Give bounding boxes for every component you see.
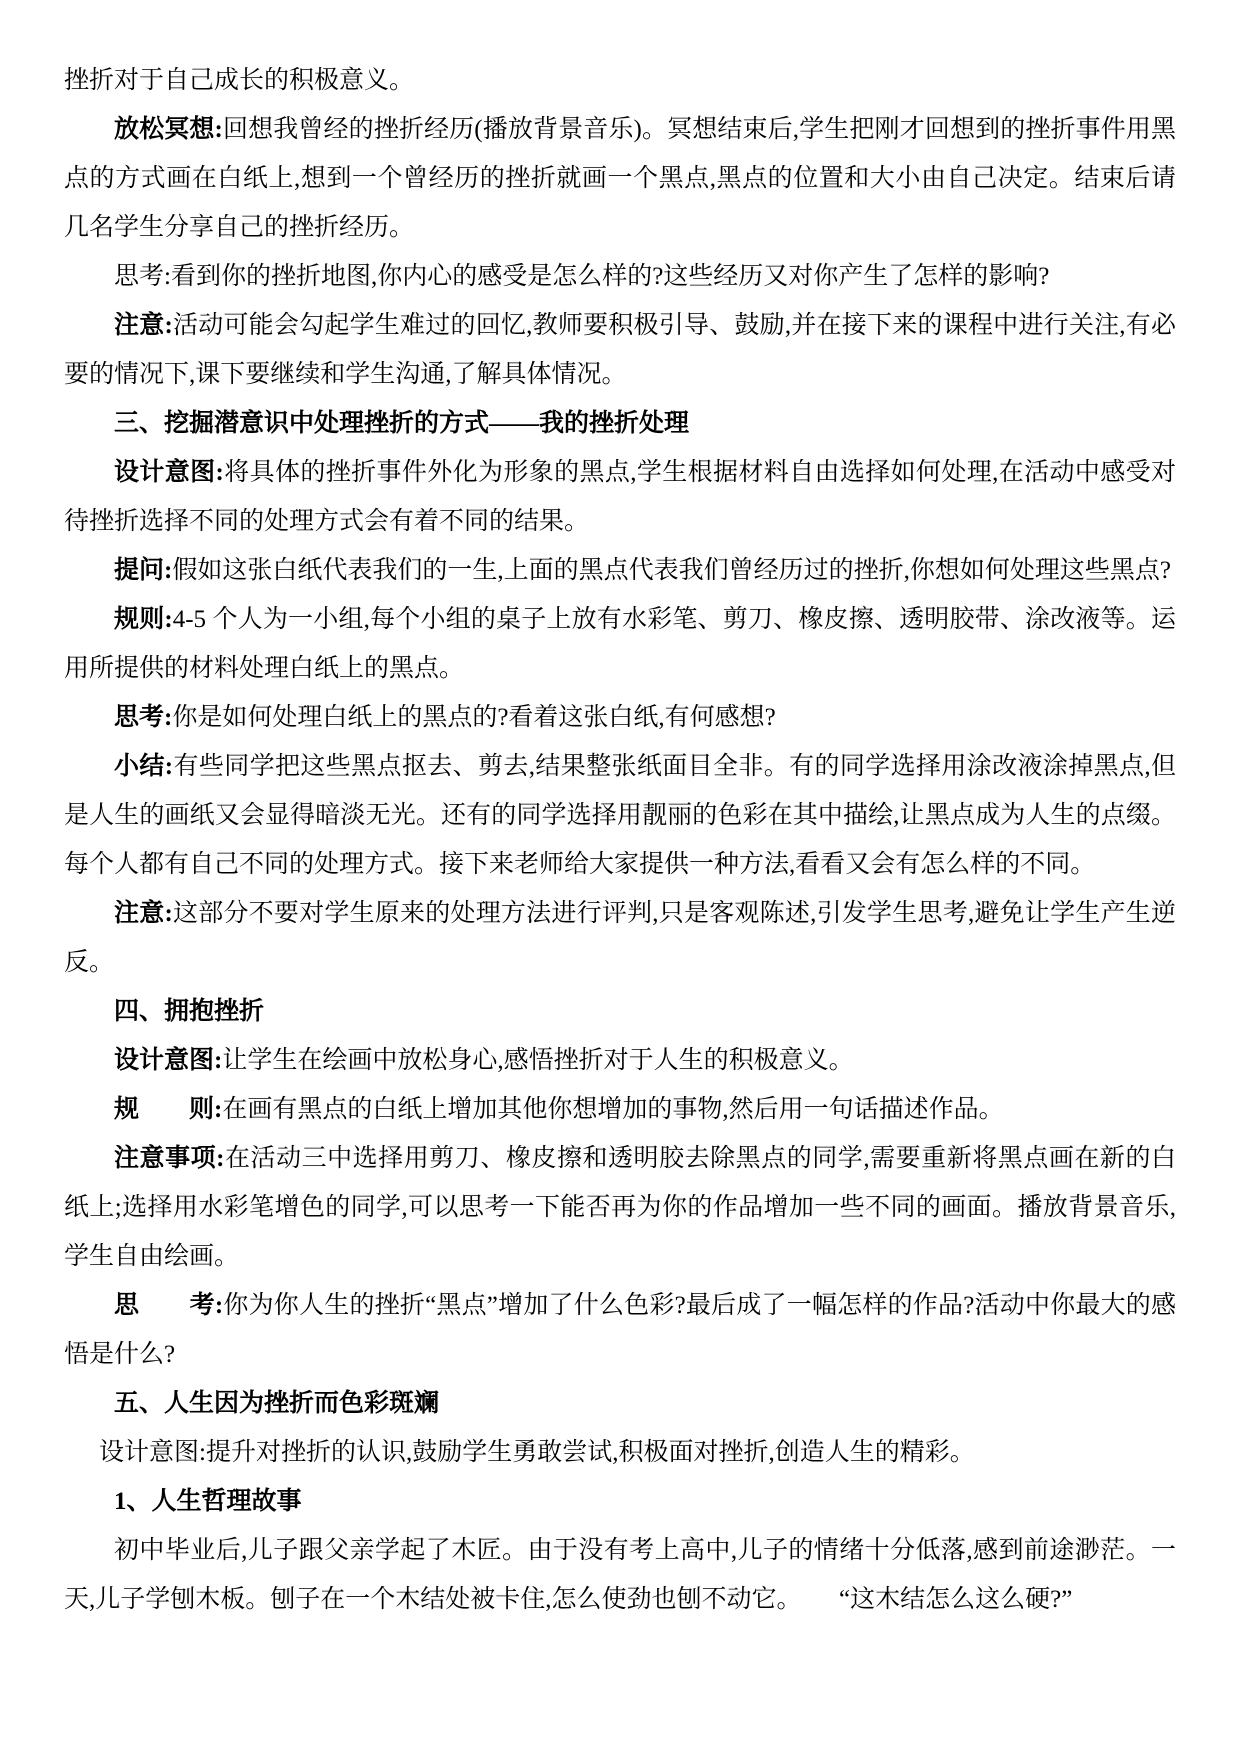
paragraph: 规则:4-5 个人为一小组,每个小组的桌子上放有水彩笔、剪刀、橡皮擦、透明胶带、… [64,595,1176,693]
paragraph-label: 设计意图: [114,459,224,486]
paragraph-text: 初中毕业后,儿子跟父亲学起了木匠。由于没有考上高中,儿子的情绪十分低落,感到前途… [64,1537,1176,1613]
section-heading: 四、拥抱挫折 [64,987,1176,1036]
section-heading: 三、挖掘潜意识中处理挫折的方式——我的挫折处理 [64,399,1176,448]
paragraph-label: 规 则: [114,1096,222,1123]
sub-heading-text: 1、人生哲理故事 [114,1488,302,1515]
section-heading-text: 三、挖掘潜意识中处理挫折的方式——我的挫折处理 [114,410,689,437]
paragraph: 注意:这部分不要对学生原来的处理方法进行评判,只是客观陈述,引发学生思考,避免让… [64,889,1176,987]
paragraph: 注意事项:在活动三中选择用剪刀、橡皮擦和透明胶去除黑点的同学,需要重新将黑点画在… [64,1134,1176,1281]
paragraph-label: 小结: [114,753,173,780]
paragraph: 设计意图:将具体的挫折事件外化为形象的黑点,学生根据材料自由选择如何处理,在活动… [64,448,1176,546]
paragraph-text: 假如这张白纸代表我们的一生,上面的黑点代表我们曾经历过的挫折,你想如何处理这些黑… [172,557,1171,584]
continuation-paragraph: 挫折对于自己成长的积极意义。 [64,56,1176,105]
paragraph: 小结:有些同学把这些黑点抠去、剪去,结果整张纸面目全非。有的同学选择用涂改液涂掉… [64,742,1176,889]
continuation-paragraph-text: 挫折对于自己成长的积极意义。 [64,67,414,94]
document-page: 挫折对于自己成长的积极意义。放松冥想:回想我曾经的挫折经历(播放背景音乐)。冥想… [0,0,1240,1753]
paragraph: 思考:你是如何处理白纸上的黑点的?看着这张白纸,有何感想? [64,693,1176,742]
paragraph-label: 放松冥想: [114,116,223,143]
paragraph-text: 思考:看到你的挫折地图,你内心的感受是怎么样的?这些经历又对你产生了怎样的影响? [114,263,1049,290]
paragraph-label: 注意: [114,900,173,927]
paragraph-text: 设计意图:提升对挫折的认识,鼓励学生勇敢尝试,积极面对挫折,创造人生的精彩。 [99,1439,975,1466]
section-heading: 五、人生因为挫折而色彩斑斓 [64,1379,1176,1428]
paragraph: 放松冥想:回想我曾经的挫折经历(播放背景音乐)。冥想结束后,学生把刚才回想到的挫… [64,105,1176,252]
section-heading-text: 五、人生因为挫折而色彩斑斓 [114,1390,439,1417]
paragraph-text: 4-5 个人为一小组,每个小组的桌子上放有水彩笔、剪刀、橡皮擦、透明胶带、涂改液… [64,606,1176,682]
paragraph-label: 设计意图: [114,1047,222,1074]
paragraph-text: 你是如何处理白纸上的黑点的?看着这张白纸,有何感想? [172,704,775,731]
paragraph: 注意:活动可能会勾起学生难过的回忆,教师要积极引导、鼓励,并在接下来的课程中进行… [64,301,1176,399]
paragraph: 初中毕业后,儿子跟父亲学起了木匠。由于没有考上高中,儿子的情绪十分低落,感到前途… [64,1526,1176,1624]
paragraph-label: 思考: [114,704,172,731]
paragraph-text: 活动可能会勾起学生难过的回忆,教师要积极引导、鼓励,并在接下来的课程中进行关注,… [64,312,1176,388]
paragraph-text: 回想我曾经的挫折经历(播放背景音乐)。冥想结束后,学生把刚才回想到的挫折事件用黑… [64,116,1176,241]
paragraph-text: 这部分不要对学生原来的处理方法进行评判,只是客观陈述,引发学生思考,避免让学生产… [64,900,1176,976]
paragraph-text: 让学生在绘画中放松身心,感悟挫折对于人生的积极意义。 [222,1047,853,1074]
paragraph: 提问:假如这张白纸代表我们的一生,上面的黑点代表我们曾经历过的挫折,你想如何处理… [64,546,1176,595]
paragraph-text: 在活动三中选择用剪刀、橡皮擦和透明胶去除黑点的同学,需要重新将黑点画在新的白纸上… [64,1145,1176,1270]
paragraph-text: 你为你人生的挫折“黑点”增加了什么色彩?最后成了一幅怎样的作品?活动中你最大的感… [64,1292,1176,1368]
paragraph-text: 将具体的挫折事件外化为形象的黑点,学生根据材料自由选择如何处理,在活动中感受对待… [64,459,1176,535]
paragraph: 思考:看到你的挫折地图,你内心的感受是怎么样的?这些经历又对你产生了怎样的影响? [64,252,1176,301]
paragraph-label: 思 考: [114,1292,223,1319]
section-heading-text: 四、拥抱挫折 [114,998,264,1025]
paragraph-text: 在画有黑点的白纸上增加其他你想增加的事物,然后用一句话描述作品。 [222,1096,1003,1123]
paragraph: 设计意图:让学生在绘画中放松身心,感悟挫折对于人生的积极意义。 [64,1036,1176,1085]
paragraph-label: 注意: [114,312,173,339]
paragraph-text: 有些同学把这些黑点抠去、剪去,结果整张纸面目全非。有的同学选择用涂改液涂掉黑点,… [64,753,1176,878]
paragraph: 思 考:你为你人生的挫折“黑点”增加了什么色彩?最后成了一幅怎样的作品?活动中你… [64,1281,1176,1379]
paragraph: 设计意图:提升对挫折的认识,鼓励学生勇敢尝试,积极面对挫折,创造人生的精彩。 [64,1428,1176,1477]
sub-heading: 1、人生哲理故事 [64,1477,1176,1526]
paragraph: 规 则:在画有黑点的白纸上增加其他你想增加的事物,然后用一句话描述作品。 [64,1085,1176,1134]
paragraph-label: 注意事项: [114,1145,224,1172]
paragraph-label: 提问: [114,557,172,584]
paragraph-label: 规则: [114,606,173,633]
